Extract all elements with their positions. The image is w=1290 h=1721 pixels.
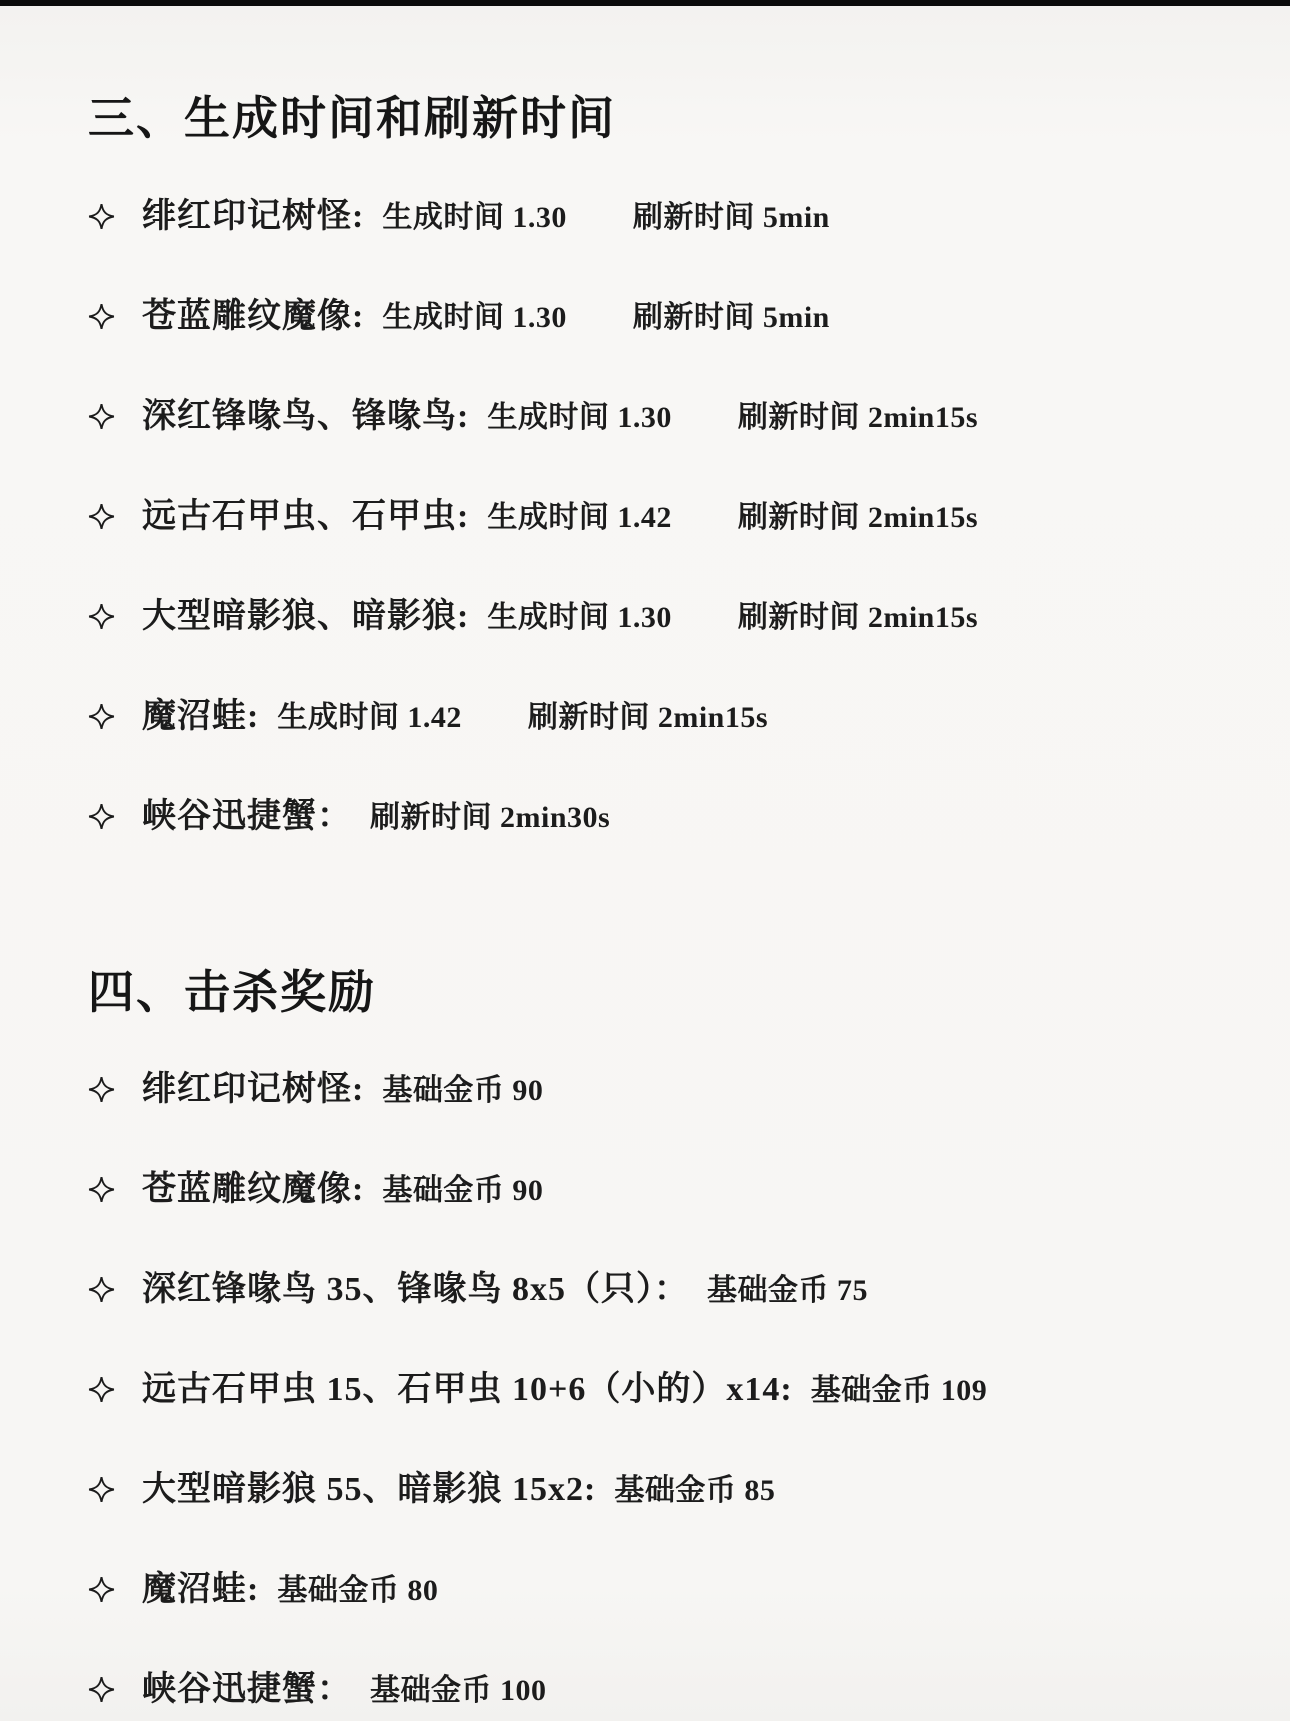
refresh-time: 刷新时间 2min15s	[738, 601, 978, 634]
list-item: 绯红印记树怪: 基础金币 90	[88, 1067, 1250, 1118]
base-gold-reward: 基础金币 90	[382, 1074, 543, 1107]
monster-name: 大型暗影狼 55、暗影狼 15x2:	[142, 1471, 596, 1508]
monster-name: 大型暗影狼、暗影狼:	[142, 598, 469, 635]
refresh-time: 刷新时间 2min15s	[738, 501, 978, 534]
four-pointed-star-icon	[88, 503, 115, 530]
list-item: 魔沼蛙: 生成时间 1.42 刷新时间 2min15s	[88, 694, 1250, 745]
spawn-time: 生成时间 1.42	[487, 501, 672, 534]
refresh-time: 刷新时间 2min30s	[370, 801, 610, 834]
base-gold-reward: 基础金币 75	[707, 1274, 868, 1307]
list-item: 魔沼蛙: 基础金币 80	[88, 1567, 1250, 1618]
four-pointed-star-icon	[88, 603, 115, 630]
monster-name: 远古石甲虫、石甲虫:	[142, 498, 469, 535]
four-pointed-star-icon	[88, 803, 115, 830]
four-pointed-star-icon	[88, 1576, 115, 1603]
four-pointed-star-icon	[88, 303, 115, 330]
list-item: 峡谷迅捷蟹： 基础金币 100	[88, 1667, 1250, 1718]
list-item: 深红锋喙鸟 35、锋喙鸟 8x5（只）： 基础金币 75	[88, 1267, 1250, 1318]
four-pointed-star-icon	[88, 1376, 115, 1403]
spawn-refresh-list: 绯红印记树怪: 生成时间 1.30 刷新时间 5min 苍蓝雕纹魔像: 生成时间…	[88, 194, 1250, 845]
refresh-time: 刷新时间 2min15s	[738, 401, 978, 434]
list-item: 峡谷迅捷蟹： 刷新时间 2min30s	[88, 794, 1250, 845]
refresh-time: 刷新时间 5min	[633, 201, 830, 234]
four-pointed-star-icon	[88, 1476, 115, 1503]
monster-name: 魔沼蛙:	[142, 1571, 259, 1608]
base-gold-reward: 基础金币 90	[382, 1174, 543, 1207]
monster-name: 峡谷迅捷蟹：	[142, 798, 352, 835]
monster-name: 远古石甲虫 15、石甲虫 10+6（小的）x14:	[142, 1371, 793, 1408]
four-pointed-star-icon	[88, 1076, 115, 1103]
list-item: 苍蓝雕纹魔像: 基础金币 90	[88, 1167, 1250, 1218]
four-pointed-star-icon	[88, 1276, 115, 1303]
monster-name: 深红锋喙鸟、锋喙鸟:	[142, 398, 469, 435]
base-gold-reward: 基础金币 85	[614, 1474, 775, 1507]
monster-name: 苍蓝雕纹魔像:	[142, 298, 364, 335]
list-item: 苍蓝雕纹魔像: 生成时间 1.30 刷新时间 5min	[88, 294, 1250, 345]
spawn-time: 生成时间 1.30	[382, 301, 567, 334]
spawn-time: 生成时间 1.30	[382, 201, 567, 234]
list-item: 绯红印记树怪: 生成时间 1.30 刷新时间 5min	[88, 194, 1250, 245]
monster-name: 绯红印记树怪:	[142, 198, 364, 235]
spawn-time: 生成时间 1.30	[487, 401, 672, 434]
list-item: 深红锋喙鸟、锋喙鸟: 生成时间 1.30 刷新时间 2min15s	[88, 394, 1250, 445]
refresh-time: 刷新时间 2min15s	[528, 701, 768, 734]
section-title-spawn-refresh: 三、生成时间和刷新时间	[88, 6, 1250, 148]
list-item: 大型暗影狼 55、暗影狼 15x2: 基础金币 85	[88, 1467, 1250, 1518]
base-gold-reward: 基础金币 100	[370, 1674, 547, 1707]
list-item: 远古石甲虫 15、石甲虫 10+6（小的）x14: 基础金币 109	[88, 1367, 1250, 1418]
list-item: 大型暗影狼、暗影狼: 生成时间 1.30 刷新时间 2min15s	[88, 594, 1250, 645]
kill-rewards-list: 绯红印记树怪: 基础金币 90 苍蓝雕纹魔像: 基础金币 90 深红锋喙鸟 35…	[88, 1067, 1250, 1718]
monster-name: 深红锋喙鸟 35、锋喙鸟 8x5（只）：	[142, 1271, 689, 1308]
four-pointed-star-icon	[88, 1176, 115, 1203]
monster-name: 苍蓝雕纹魔像:	[142, 1171, 364, 1208]
four-pointed-star-icon	[88, 1676, 115, 1703]
base-gold-reward: 基础金币 109	[811, 1374, 988, 1407]
document-page: 三、生成时间和刷新时间 绯红印记树怪: 生成时间 1.30 刷新时间 5min …	[0, 6, 1290, 1721]
section-title-kill-rewards: 四、击杀奖励	[88, 894, 1250, 1022]
monster-name: 峡谷迅捷蟹：	[142, 1671, 352, 1708]
monster-name: 魔沼蛙:	[142, 698, 259, 735]
four-pointed-star-icon	[88, 703, 115, 730]
base-gold-reward: 基础金币 80	[277, 1574, 438, 1607]
four-pointed-star-icon	[88, 203, 115, 230]
spawn-time: 生成时间 1.42	[277, 701, 462, 734]
four-pointed-star-icon	[88, 403, 115, 430]
spawn-time: 生成时间 1.30	[487, 601, 672, 634]
list-item: 远古石甲虫、石甲虫: 生成时间 1.42 刷新时间 2min15s	[88, 494, 1250, 545]
monster-name: 绯红印记树怪:	[142, 1071, 364, 1108]
refresh-time: 刷新时间 5min	[633, 301, 830, 334]
